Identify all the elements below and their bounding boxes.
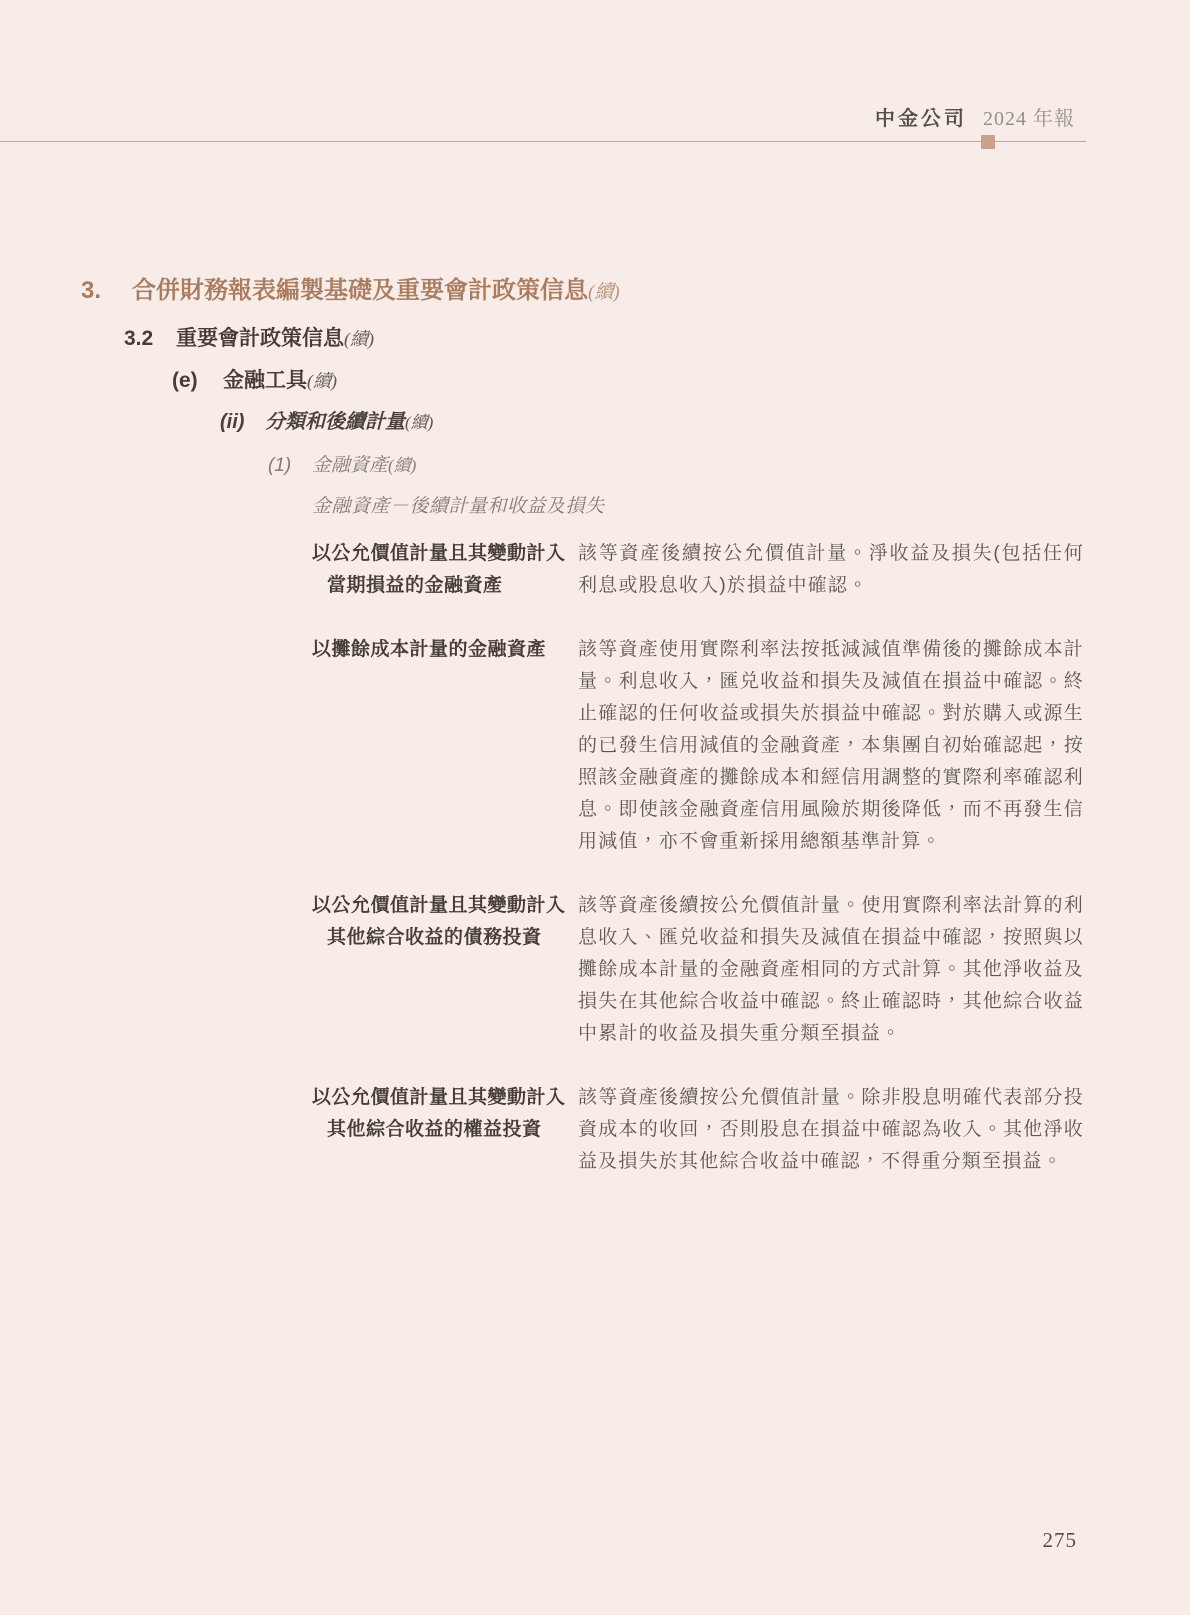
item-1-title: 金融資產 [312, 452, 388, 480]
item-ii-title: 分類和後續計量 [265, 408, 405, 437]
glossary-term: 以公允價值計量且其變動計入 當期損益的金融資產 [312, 538, 578, 602]
running-header: 中金公司2024 年報 [875, 106, 1075, 132]
glossary-term-line2: 其他綜合收益的債務投資 [312, 922, 578, 954]
glossary-row: 以公允價值計量且其變動計入 當期損益的金融資產 該等資產後續按公允價值計量。淨收… [312, 538, 1084, 602]
subsection-continued-mark: (續) [344, 324, 374, 354]
item-1-number: (1) [268, 452, 312, 480]
glossary-table: 以公允價值計量且其變動計入 當期損益的金融資產 該等資產後續按公允價值計量。淨收… [312, 538, 1084, 1210]
subsection-title: 重要會計政策信息 [176, 324, 344, 354]
glossary-term: 以公允價值計量且其變動計入 其他綜合收益的債務投資 [312, 890, 578, 1050]
report-page: 中金公司2024 年報 3. 合併財務報表編製基礎及重要會計政策信息 (續) 3… [0, 0, 1190, 1615]
glossary-subtitle: 金融資產－後續計量和收益及損失 [312, 493, 605, 521]
glossary-term: 以公允價值計量且其變動計入 其他綜合收益的權益投資 [312, 1082, 578, 1178]
section-continued-mark: (續) [588, 276, 620, 309]
glossary-term-line1: 以公允價值計量且其變動計入 [312, 1082, 578, 1114]
report-year: 2024 年報 [983, 108, 1075, 130]
glossary-definition: 該等資產使用實際利率法按抵減減值準備後的攤餘成本計量。利息收入，匯兑收益和損失及… [578, 634, 1084, 858]
section-number: 3. [81, 274, 132, 307]
glossary-term-line2: 其他綜合收益的權益投資 [312, 1114, 578, 1146]
glossary-definition: 該等資產後續按公允價值計量。除非股息明確代表部分投資成本的收回，否則股息在損益中… [578, 1082, 1084, 1178]
glossary-term-line1: 以公允價值計量且其變動計入 [312, 890, 578, 922]
header-rule [0, 141, 1086, 142]
item-e-heading: (e) 金融工具 (續) [172, 366, 337, 396]
page-number: 275 [1043, 1528, 1078, 1553]
glossary-term-line1: 以公允價值計量且其變動計入 [312, 538, 578, 570]
subsection-heading: 3.2 重要會計政策信息 (續) [124, 324, 374, 354]
subsection-number: 3.2 [124, 324, 176, 354]
item-ii-continued-mark: (續) [405, 408, 433, 437]
header-rule-square-marker [981, 135, 995, 149]
glossary-row: 以公允價值計量且其變動計入 其他綜合收益的債務投資 該等資產後續按公允價值計量。… [312, 890, 1084, 1050]
section-heading: 3. 合併財務報表編製基礎及重要會計政策信息 (續) [81, 274, 620, 309]
item-ii-number: (ii) [220, 408, 265, 437]
glossary-term: 以攤餘成本計量的金融資產 [312, 634, 578, 858]
glossary-term-line2: 當期損益的金融資產 [312, 570, 578, 602]
glossary-row: 以公允價值計量且其變動計入 其他綜合收益的權益投資 該等資產後續按公允價值計量。… [312, 1082, 1084, 1178]
glossary-term-line1: 以攤餘成本計量的金融資產 [312, 634, 578, 666]
item-e-title: 金融工具 [223, 366, 307, 396]
item-e-number: (e) [172, 366, 223, 396]
item-1-heading: (1) 金融資產 (續) [268, 452, 416, 480]
glossary-definition: 該等資產後續按公允價值計量。使用實際利率法計算的利息收入、匯兑收益和損失及減值在… [578, 890, 1084, 1050]
company-name: 中金公司 [875, 108, 967, 130]
glossary-definition: 該等資產後續按公允價值計量。淨收益及損失(包括任何利息或股息收入)於損益中確認。 [578, 538, 1084, 602]
item-e-continued-mark: (續) [307, 366, 337, 396]
section-title: 合併財務報表編製基礎及重要會計政策信息 [132, 274, 588, 307]
item-ii-heading: (ii) 分類和後續計量 (續) [220, 408, 433, 437]
glossary-row: 以攤餘成本計量的金融資產 該等資產使用實際利率法按抵減減值準備後的攤餘成本計量。… [312, 634, 1084, 858]
item-1-continued-mark: (續) [388, 452, 416, 480]
